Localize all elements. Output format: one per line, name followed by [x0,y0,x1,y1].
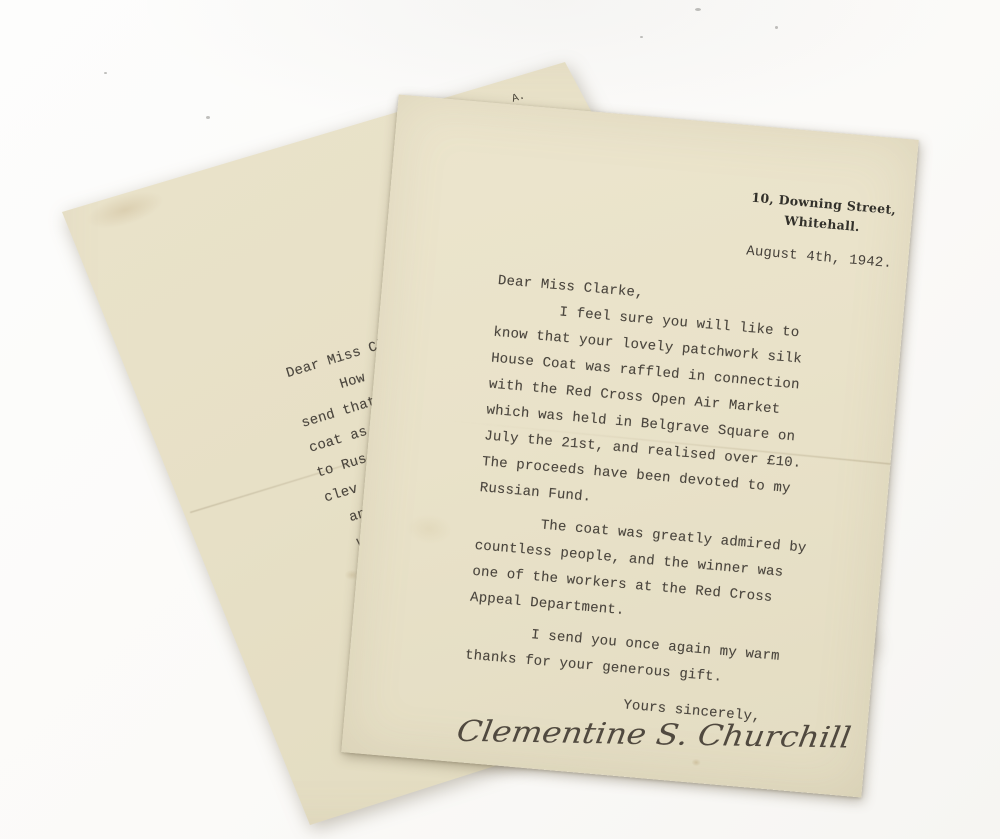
letterhead: 10, Downing Street, Whitehall. August 4t… [734,187,910,276]
dust-speck [640,36,643,38]
photo-of-letters: A. Dear Miss Cl How send that coat as to… [0,0,1000,839]
foxing-spot [90,190,102,199]
foxing-spot [691,759,701,767]
dust-speck [775,26,778,29]
dust-speck [695,8,701,11]
letter-date: August 4th, 1942. [734,240,905,275]
letter-body: Dear Miss Clarke, I feel sure you will l… [461,268,878,737]
foxing-spot [405,512,453,546]
handwritten-signature: Clementine S. Churchill [422,713,887,755]
front-letter-sheet: 10, Downing Street, Whitehall. August 4t… [341,95,919,798]
